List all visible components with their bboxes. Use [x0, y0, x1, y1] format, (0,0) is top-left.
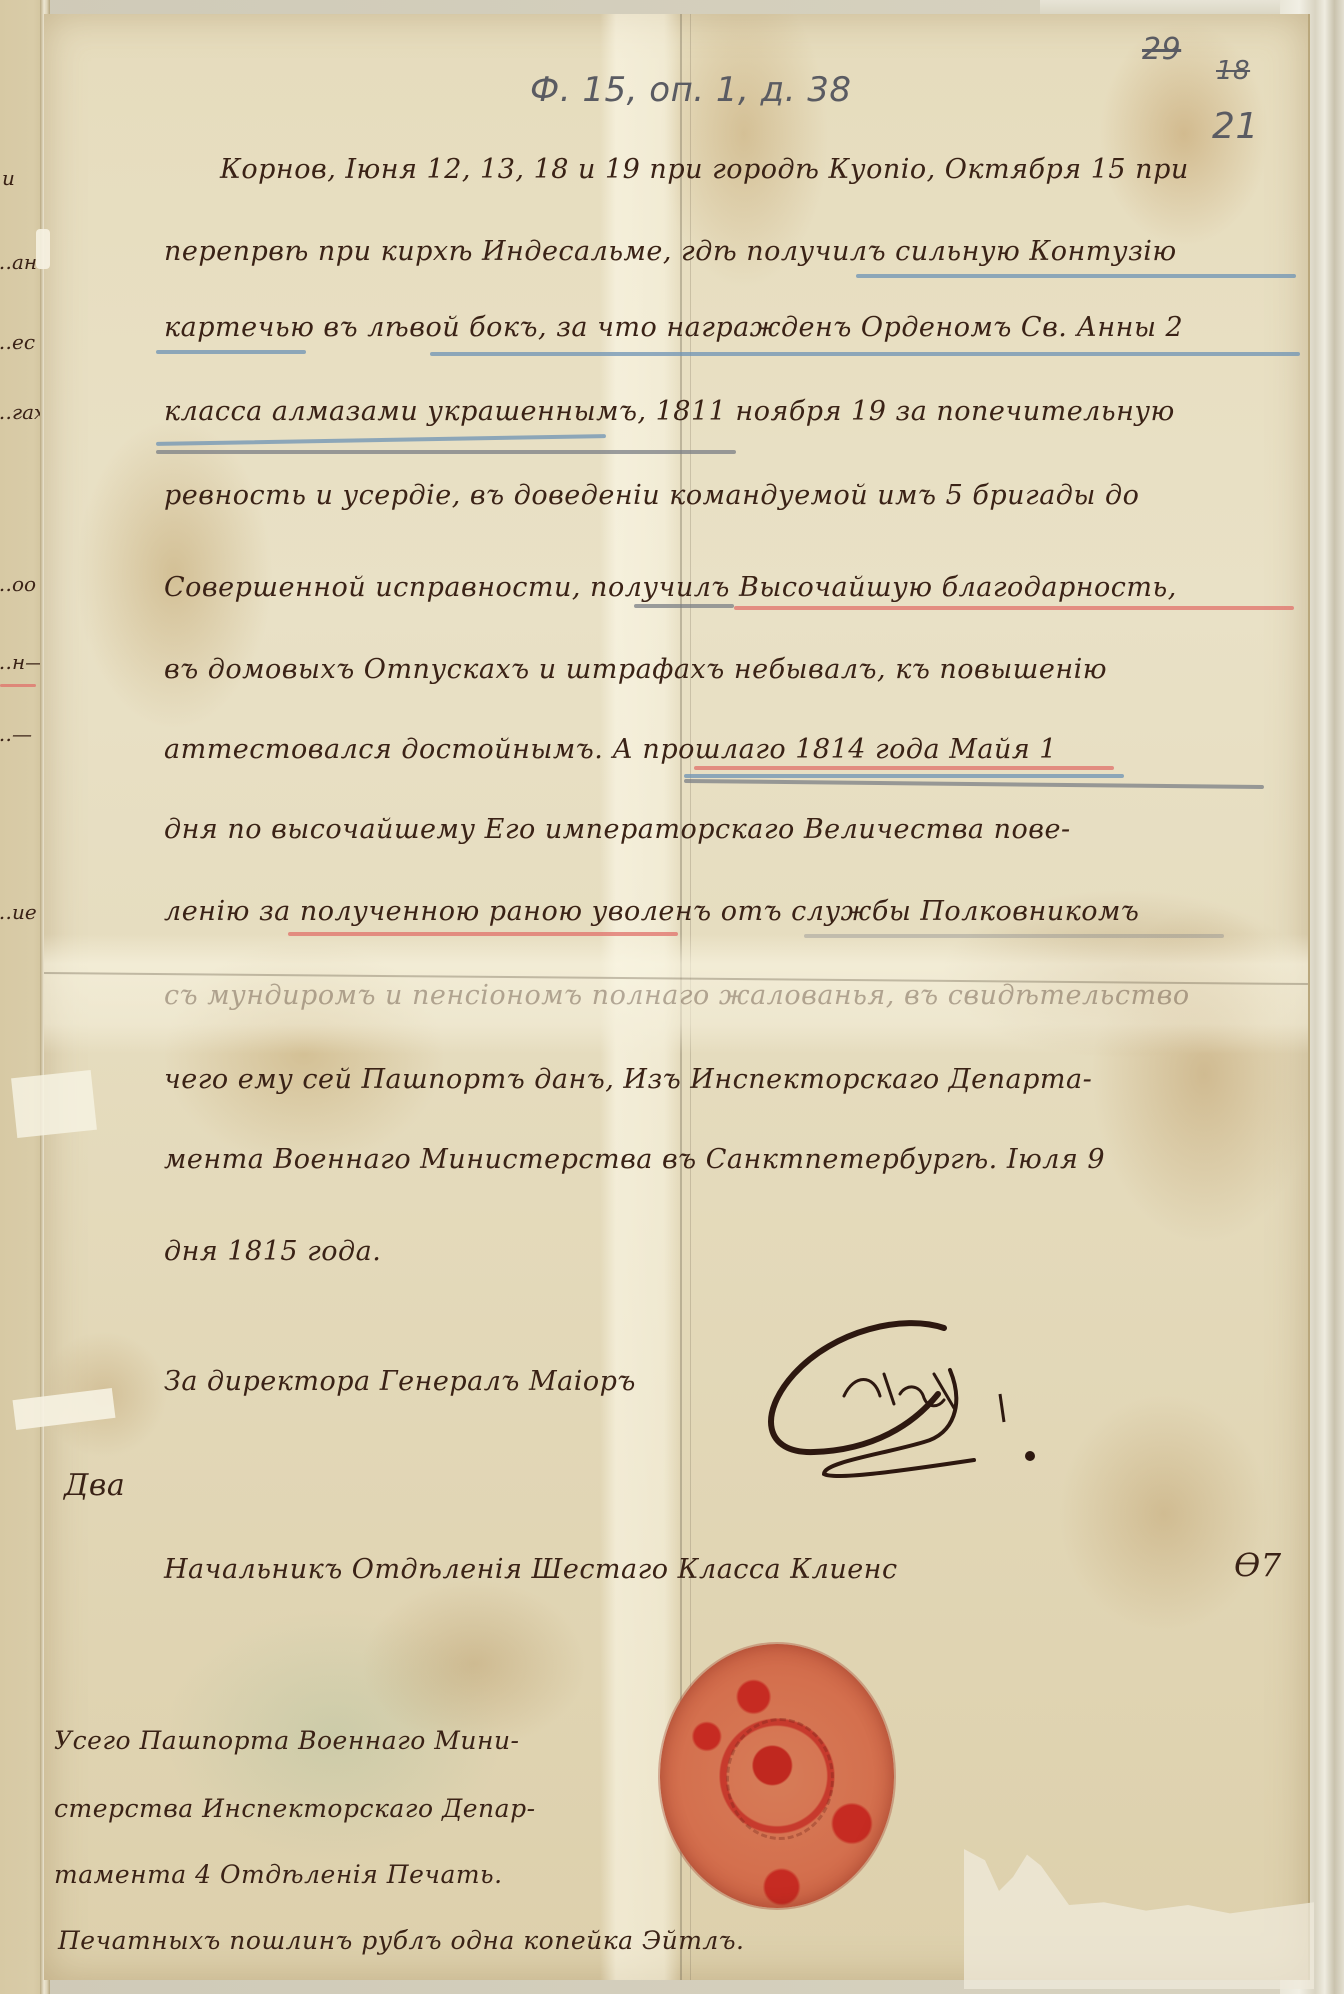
- body-line-7: въ домовыхъ Отпускахъ и штрафахъ небывал…: [164, 654, 1107, 685]
- body-line-13: мента Военнаго Министерства въ Санктпете…: [164, 1144, 1105, 1175]
- department-chief: Начальникъ Отдѣленія Шестаго Класса Клие…: [164, 1554, 898, 1585]
- restoration-tape-patch: [11, 1070, 97, 1138]
- red-underline: [694, 766, 1114, 770]
- blue-underline: [156, 434, 606, 446]
- restoration-tape-patch: [36, 229, 50, 269]
- document-photo: и …ан …ес …гахе, …оо …н— …— …ие Ф. 15, о…: [0, 0, 1344, 1994]
- footer-line-3: тамента 4 Отдѣленія Печать.: [54, 1860, 503, 1889]
- body-line-14: дня 1815 года.: [164, 1236, 381, 1267]
- gray-underline: [156, 450, 736, 454]
- archive-reference: Ф. 15, оп. 1, д. 38: [530, 70, 852, 110]
- body-line-6: Совершенной исправности, получилъ Высоча…: [164, 572, 1177, 603]
- footer-line-1: Усего Пашпорта Военнаго Мини-: [54, 1726, 520, 1755]
- footer-line-2: стерства Инспекторскаго Депар-: [54, 1794, 536, 1823]
- blue-underline: [430, 352, 1300, 356]
- body-line-5: ревность и усердіе, въ доведеніи команду…: [164, 480, 1139, 511]
- left-fragment: …ес: [0, 330, 35, 354]
- gray-underline: [804, 934, 1224, 938]
- signature-scribble: [724, 1304, 1044, 1484]
- left-red-underline: [0, 684, 36, 687]
- folio-number-crossed: 29: [1142, 32, 1181, 67]
- gray-underline: [684, 779, 1264, 789]
- wax-seal: [660, 1644, 894, 1908]
- body-line-4: класса алмазами украшеннымъ, 1811 ноября…: [164, 396, 1175, 427]
- blue-underline: [856, 274, 1296, 278]
- body-line-9: дня по высочайшему Его императорскаго Ве…: [164, 814, 1071, 845]
- left-fragment: и: [2, 166, 15, 190]
- body-line-2: перепрвѣ при кирхѣ Индесальме, гдѣ получ…: [164, 236, 1177, 267]
- folio-number-current: 21: [1212, 106, 1259, 147]
- folio-number-crossed-small: 18: [1216, 56, 1250, 86]
- blue-underline: [156, 350, 306, 354]
- torn-paper-edge: [964, 1849, 1314, 1989]
- extra-note: Два: [64, 1468, 125, 1503]
- left-fragment: …ан: [0, 250, 37, 274]
- director-title: За директора Генералъ Маіоръ: [164, 1366, 636, 1397]
- wax-seal-inner-ring: [726, 1718, 835, 1840]
- left-fragment: …—: [0, 722, 32, 746]
- left-fragment: …н—: [0, 650, 45, 674]
- body-line-11-faded: съ мундиромъ и пенсіономъ полнаго жалова…: [164, 980, 1190, 1011]
- gray-underline: [634, 604, 734, 608]
- body-line-3: картечью въ лѣвой бокъ, за что награжден…: [164, 312, 1183, 343]
- red-underline: [288, 932, 678, 936]
- body-line-8: аттестовался достойнымъ. А прошлаго 1814…: [164, 734, 1057, 765]
- blue-underline: [684, 774, 1124, 778]
- body-line-12: чего ему сей Пашпортъ данъ, Изъ Инспекто…: [164, 1064, 1092, 1095]
- department-chief-mark: Ѳ7: [1234, 1546, 1282, 1584]
- left-fragment: …ие: [0, 900, 37, 924]
- red-underline: [734, 606, 1294, 610]
- body-line-1: Корнов, Іюня 12, 13, 18 и 19 при городѣ …: [220, 154, 1189, 185]
- footer-line-4: Печатныхъ пошлинъ рублъ одна копейка Эйт…: [58, 1926, 744, 1955]
- body-line-10: ленію за получен­ною раною уволенъ отъ с…: [164, 896, 1139, 927]
- document-sheet: Ф. 15, оп. 1, д. 38 29 18 21 Корнов, Іюн…: [44, 14, 1310, 1980]
- signature-text: Ѳ. Эйлеръ: [744, 1344, 754, 1345]
- left-fragment: …оо: [0, 572, 36, 596]
